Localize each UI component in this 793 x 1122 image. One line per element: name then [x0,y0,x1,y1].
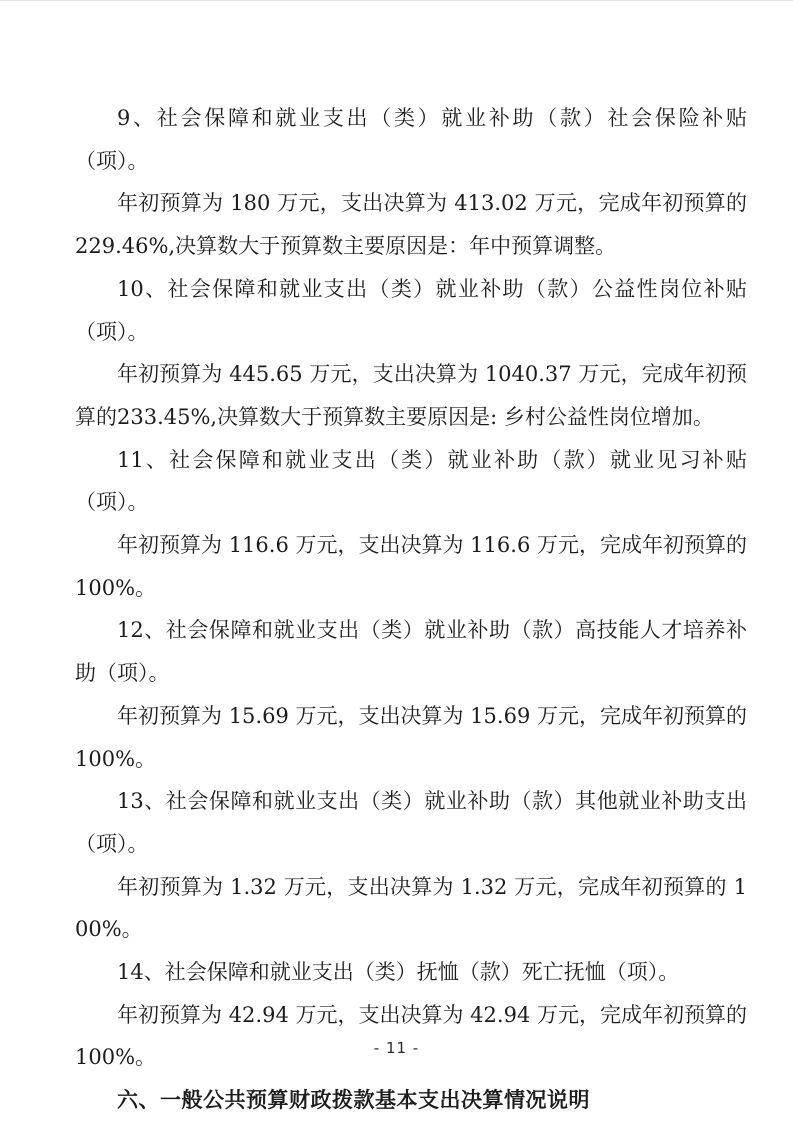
item-9-title: 9、社会保障和就业支出（类）就业补助（款）社会保险补贴（项）。 [75,97,747,182]
item-14-detail: 年初预算为 42.94 万元，支出决算为 42.94 万元，完成年初预算的 10… [75,994,747,1079]
item-11-title: 11、社会保障和就业支出（类）就业补助（款）就业见习补贴（项）。 [75,439,747,524]
item-10-title: 10、社会保障和就业支出（类）就业补助（款）公益性岗位补贴（项）。 [75,268,747,353]
item-12-detail: 年初预算为 15.69 万元，支出决算为 15.69 万元，完成年初预算的 10… [75,695,747,780]
item-13-detail: 年初预算为 1.32 万元，支出决算为 1.32 万元，完成年初预算的 100%… [75,866,747,951]
item-14-title: 14、社会保障和就业支出（类）抚恤（款）死亡抚恤（项）。 [75,951,747,994]
section-heading: 六、一般公共预算财政拨款基本支出决算情况说明 [75,1079,747,1122]
item-9-detail: 年初预算为 180 万元，支出决算为 413.02 万元，完成年初预算的 229… [75,182,747,267]
page-number: - 11 - [0,1039,793,1057]
item-12-title: 12、社会保障和就业支出（类）就业补助（款）高技能人才培养补助（项）。 [75,609,747,694]
item-10-detail: 年初预算为 445.65 万元，支出决算为 1040.37 万元，完成年初预算的… [75,353,747,438]
document-page: 9、社会保障和就业支出（类）就业补助（款）社会保险补贴（项）。 年初预算为 18… [0,0,793,1122]
item-13-title: 13、社会保障和就业支出（类）就业补助（款）其他就业补助支出（项）。 [75,780,747,865]
document-body: 9、社会保障和就业支出（类）就业补助（款）社会保险补贴（项）。 年初预算为 18… [75,97,747,1122]
item-11-detail: 年初预算为 116.6 万元，支出决算为 116.6 万元，完成年初预算的 10… [75,524,747,609]
